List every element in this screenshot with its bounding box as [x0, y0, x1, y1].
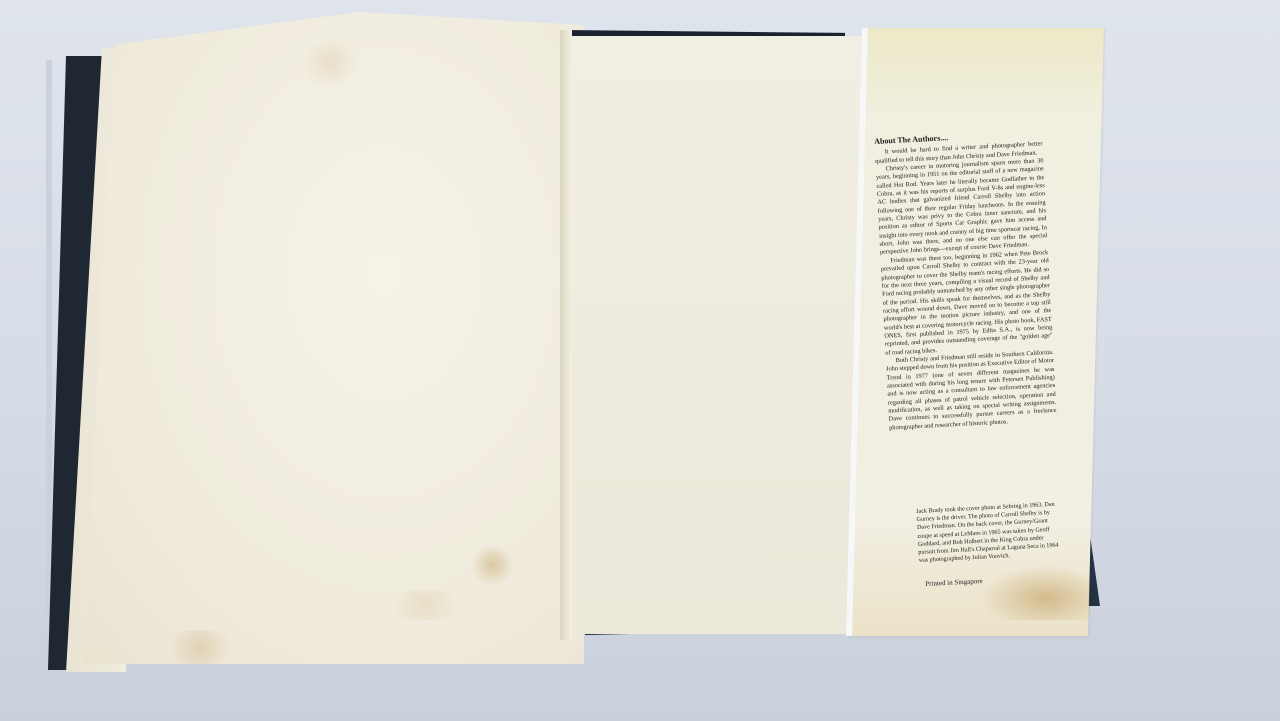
stain-spot — [300, 40, 360, 85]
flap-paragraph: Christy's career in motoring journalism … — [875, 157, 1048, 257]
stain-spot — [470, 545, 515, 585]
book-gutter — [560, 30, 572, 640]
about-authors-block: About The Authors.... It would be hard t… — [874, 129, 1057, 432]
photo-credits: Jack Brady took the cover photo at Sebri… — [916, 501, 1061, 566]
flap-paragraph: Friedman was there too, beginning in 196… — [880, 249, 1053, 358]
stain-spot — [160, 630, 240, 665]
flap-stain — [980, 565, 1090, 620]
flap-paragraph: Both Christy and Friedman still reside i… — [886, 349, 1058, 433]
stain-spot — [380, 590, 470, 620]
